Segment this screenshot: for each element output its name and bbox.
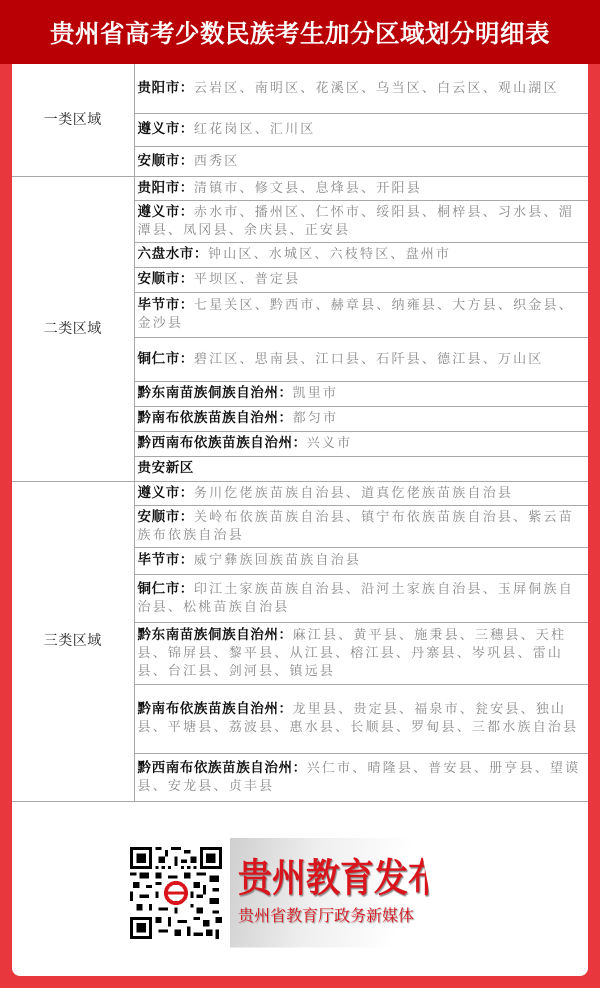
region-label: 三类区域 <box>12 481 134 801</box>
city-label: 铜仁市： <box>138 581 194 597</box>
list-item: 黔西南布依族苗族自治州：兴义市 <box>134 431 588 456</box>
city-label: 毕节市： <box>138 297 194 313</box>
area-list: 红花岗区、汇川区 <box>194 122 316 137</box>
area-list: 务川仡佬族苗族自治县、道真仡佬族苗族自治县 <box>194 486 513 501</box>
list-item: 安顺市：西秀区 <box>134 146 588 176</box>
city-label: 黔南布依族苗族自治州： <box>138 701 293 717</box>
brand-title: 贵州教育发布 <box>238 856 440 902</box>
city-label: 安顺市： <box>138 271 194 287</box>
list-item: 黔东南苗族侗族自治州：麻江县、黄平县、施秉县、三穗县、天柱县、锦屏县、黎平县、从… <box>134 622 588 684</box>
city-label: 黔南布依族苗族自治州： <box>138 410 293 426</box>
list-item: 遵义市：赤水市、播州区、仁怀市、绥阳县、桐梓县、习水县、湄潭县、凤冈县、余庆县、… <box>134 200 588 242</box>
list-item: 黔南布依族苗族自治州：龙里县、贵定县、福泉市、瓮安县、独山县、平塘县、荔波县、惠… <box>134 684 588 753</box>
list-item: 遵义市：务川仡佬族苗族自治县、道真仡佬族苗族自治县 <box>134 481 588 505</box>
area-list: 钟山区、水城区、六枝特区、盘州市 <box>208 247 451 262</box>
area-list: 平坝区、普定县 <box>194 272 300 287</box>
list-item: 黔南布依族苗族自治州：都匀市 <box>134 406 588 431</box>
list-item: 黔东南苗族侗族自治州：凯里市 <box>134 381 588 406</box>
footer-brand: 贵州教育发布 贵州省教育厅政务新媒体 <box>12 809 588 976</box>
area-list: 关岭布依族苗族自治县、镇宁布依族苗族自治县、紫云苗族布依族自治县 <box>138 510 574 543</box>
list-item: 安顺市：平坝区、普定县 <box>134 267 588 292</box>
area-list: 兴义市 <box>307 436 353 451</box>
list-item: 铜仁市：印江土家族苗族自治县、沿河土家族自治县、玉屏侗族自治县、松桃苗族自治县 <box>134 574 588 622</box>
list-item: 贵阳市：云岩区、南明区、花溪区、乌当区、白云区、观山湖区 <box>134 64 588 113</box>
city-label: 贵阳市： <box>138 180 194 196</box>
content-card: 一类区域 贵阳市：云岩区、南明区、花溪区、乌当区、白云区、观山湖区 遵义市：红花… <box>12 64 588 976</box>
area-list: 都匀市 <box>293 411 339 426</box>
city-label: 遵义市： <box>138 204 194 220</box>
list-item: 安顺市：关岭布依族苗族自治县、镇宁布依族苗族自治县、紫云苗族布依族自治县 <box>134 505 588 547</box>
brand-subtitle: 贵州省教育厅政务新媒体 <box>238 905 440 927</box>
brand-logo: 贵州教育发布 贵州省教育厅政务新媒体 <box>230 838 440 948</box>
city-label: 铜仁市： <box>138 351 194 367</box>
area-list: 赤水市、播州区、仁怀市、绥阳县、桐梓县、习水县、湄潭县、凤冈县、余庆县、正安县 <box>138 205 574 238</box>
city-label: 毕节市： <box>138 552 194 568</box>
area-list: 碧江区、思南县、江口县、石阡县、德江县、万山区 <box>194 352 544 367</box>
city-label: 遵义市： <box>138 485 194 501</box>
area-list: 清镇市、修文县、息烽县、开阳县 <box>194 181 422 196</box>
area-list: 印江土家族苗族自治县、沿河土家族自治县、玉屏侗族自治县、松桃苗族自治县 <box>138 582 574 615</box>
list-item: 贵阳市：清镇市、修文县、息烽县、开阳县 <box>134 176 588 200</box>
list-item: 六盘水市：钟山区、水城区、六枝特区、盘州市 <box>134 242 588 267</box>
city-label: 黔西南布依族苗族自治州： <box>138 435 307 451</box>
list-item: 铜仁市：碧江区、思南县、江口县、石阡县、德江县、万山区 <box>134 337 588 381</box>
region-label: 一类区域 <box>12 64 134 176</box>
city-label: 六盘水市： <box>138 246 209 262</box>
city-label: 黔东南苗族侗族自治州： <box>138 385 293 401</box>
list-item: 遵义市：红花岗区、汇川区 <box>134 113 588 146</box>
area-list: 云岩区、南明区、花溪区、乌当区、白云区、观山湖区 <box>194 81 559 96</box>
city-label: 安顺市： <box>138 153 194 169</box>
region-label: 二类区域 <box>12 176 134 481</box>
city-label: 贵安新区 <box>138 460 194 476</box>
list-item: 黔西南布依族苗族自治州：兴仁市、晴隆县、普安县、册亨县、望谟县、安龙县、贞丰县 <box>134 753 588 801</box>
list-item: 贵安新区 <box>134 456 588 481</box>
city-label: 安顺市： <box>138 509 194 525</box>
area-list: 七星关区、黔西市、赫章县、纳雍县、大方县、织金县、金沙县 <box>138 298 574 331</box>
page-header: 贵州省高考少数民族考生加分区域划分明细表 <box>0 0 600 64</box>
area-list: 凯里市 <box>293 386 339 401</box>
table-row: 一类区域 贵阳市：云岩区、南明区、花溪区、乌当区、白云区、观山湖区 <box>12 64 588 113</box>
city-label: 黔西南布依族苗族自治州： <box>138 760 307 776</box>
qr-code-icon[interactable] <box>130 847 222 939</box>
table-row: 二类区域 贵阳市：清镇市、修文县、息烽县、开阳县 <box>12 176 588 200</box>
area-list: 威宁彝族回族苗族自治县 <box>194 553 361 568</box>
list-item: 毕节市：七星关区、黔西市、赫章县、纳雍县、大方县、织金县、金沙县 <box>134 292 588 337</box>
list-item: 毕节市：威宁彝族回族苗族自治县 <box>134 547 588 574</box>
city-label: 遵义市： <box>138 121 194 137</box>
city-label: 黔东南苗族侗族自治州： <box>138 627 293 643</box>
area-list: 西秀区 <box>194 154 240 169</box>
page-title: 贵州省高考少数民族考生加分区域划分明细表 <box>50 15 550 50</box>
city-label: 贵阳市： <box>138 80 194 96</box>
region-table: 一类区域 贵阳市：云岩区、南明区、花溪区、乌当区、白云区、观山湖区 遵义市：红花… <box>12 64 588 802</box>
table-row: 三类区域 遵义市：务川仡佬族苗族自治县、道真仡佬族苗族自治县 <box>12 481 588 505</box>
